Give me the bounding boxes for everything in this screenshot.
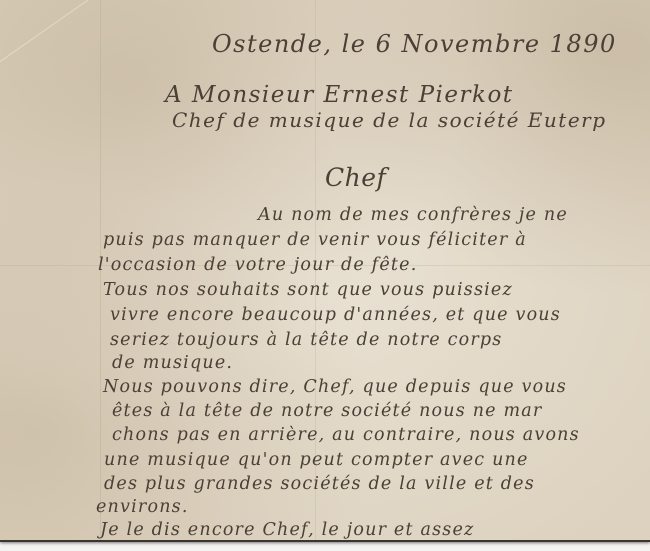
body-line: chons pas en arrière, au contraire, nous…	[112, 425, 580, 445]
body-line: environs.	[96, 497, 189, 517]
body-line: des plus grandes sociétés de la ville et…	[104, 474, 535, 494]
body-line: puis pas manquer de venir vous féliciter…	[103, 230, 527, 250]
letter-page: Ostende, le 6 Novembre 1890 A Monsieur E…	[0, 0, 650, 542]
addressee-name: A Monsieur Ernest Pierkot	[165, 82, 514, 108]
body-line: Nous pouvons dire, Chef, que depuis que …	[103, 377, 567, 397]
body-line: êtes à la tête de notre société nous ne …	[112, 401, 543, 421]
paper-fold-crease	[0, 0, 136, 76]
body-line: seriez toujours à la tête de notre corps	[110, 330, 502, 350]
body-line: Je le dis encore Chef, le jour et assez	[100, 520, 474, 540]
body-line: vivre encore beaucoup d'années, et que v…	[110, 305, 561, 325]
place-date: Ostende, le 6 Novembre 1890	[212, 30, 617, 58]
body-line: Tous nos souhaits sont que vous puissiez	[103, 280, 513, 300]
addressee-title: Chef de musique de la société Euterp	[172, 108, 607, 132]
body-line: de musique.	[112, 353, 233, 373]
body-line: Au nom de mes confrères je ne	[258, 205, 568, 225]
salutation: Chef	[325, 163, 386, 192]
body-line: l'occasion de votre jour de fête.	[98, 255, 417, 275]
body-line: une musique qu'on peut compter avec une	[104, 450, 529, 470]
